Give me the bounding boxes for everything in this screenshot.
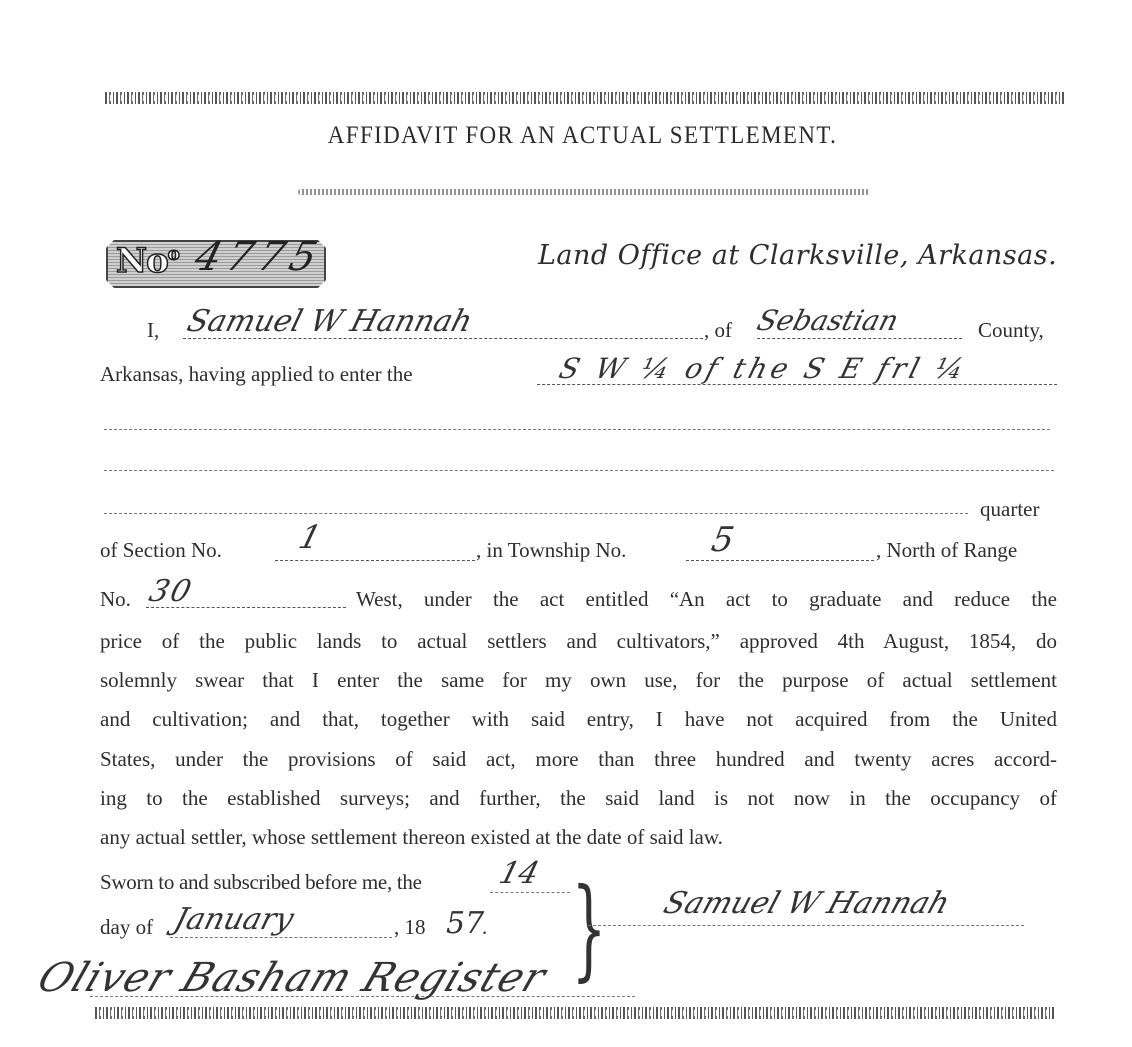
affiant-signature: Samuel W Hannah xyxy=(659,886,954,921)
applied-label: Arkansas, having applied to enter the xyxy=(100,362,413,387)
number-label: Noo xyxy=(116,241,179,281)
body-line: any actual settler, whose settlement the… xyxy=(100,818,1057,857)
brace-ornament: } xyxy=(572,868,583,988)
body-line: ing to the established surveys; and furt… xyxy=(100,779,1057,818)
range-number-field: 30 xyxy=(145,574,197,609)
blank-line-2 xyxy=(104,470,1054,471)
county-field: Sebastian xyxy=(754,304,903,337)
document-title: AFFIDAVIT FOR AN ACTUAL SETTLEMENT. xyxy=(47,122,1119,150)
range-label: , North of Range xyxy=(876,538,1017,563)
tract-description-field: S W ¼ of the S E frl ¼ xyxy=(556,352,972,385)
year-field: 57 xyxy=(446,906,484,941)
month-field: January xyxy=(170,902,297,937)
year-suffix: . xyxy=(482,915,487,940)
act-title-text: West, under the act entitled “An act to … xyxy=(356,587,1057,612)
quarter-label: quarter xyxy=(980,497,1039,522)
affidavit-body: price of the public lands to actual sett… xyxy=(100,622,1057,857)
section-number-field: 1 xyxy=(295,518,326,556)
day-of-label: day of xyxy=(100,915,153,940)
blank-line-3 xyxy=(104,513,968,514)
blank-line-1 xyxy=(104,429,1050,430)
month-underline xyxy=(170,937,392,938)
range-no-label: No. xyxy=(100,587,131,612)
year-prefix: , 18 xyxy=(394,915,426,940)
section-label: of Section No. xyxy=(100,538,222,563)
day-field: 14 xyxy=(495,856,543,891)
township-underline xyxy=(686,560,874,561)
affidavit-number: 4775 xyxy=(190,234,328,280)
day-underline xyxy=(490,892,570,893)
bottom-ornamental-border xyxy=(95,1007,1055,1019)
body-line: States, under the provisions of said act… xyxy=(100,740,1057,779)
land-office-heading: Land Office at Clarksville, Arkansas. xyxy=(538,240,1057,271)
wavy-divider xyxy=(298,189,870,195)
body-line: and cultivation; and that, together with… xyxy=(100,700,1057,739)
township-number-field: 5 xyxy=(708,520,737,560)
body-line: solemnly swear that I enter the same for… xyxy=(100,661,1057,700)
register-signature: Oliver Basham Register xyxy=(32,955,553,1001)
county-underline xyxy=(757,338,962,339)
county-label: County, xyxy=(978,318,1044,343)
sworn-label: Sworn to and subscribed before me, the xyxy=(100,870,422,895)
applicant-name-field: Samuel W Hannah xyxy=(183,304,476,339)
top-ornamental-border xyxy=(105,92,1065,104)
of-label: , of xyxy=(704,318,732,343)
intro-label: I, xyxy=(147,318,159,343)
affiant-signature-line xyxy=(588,925,1024,926)
township-label: , in Township No. xyxy=(476,538,626,563)
body-line: price of the public lands to actual sett… xyxy=(100,622,1057,661)
section-underline xyxy=(275,560,475,561)
